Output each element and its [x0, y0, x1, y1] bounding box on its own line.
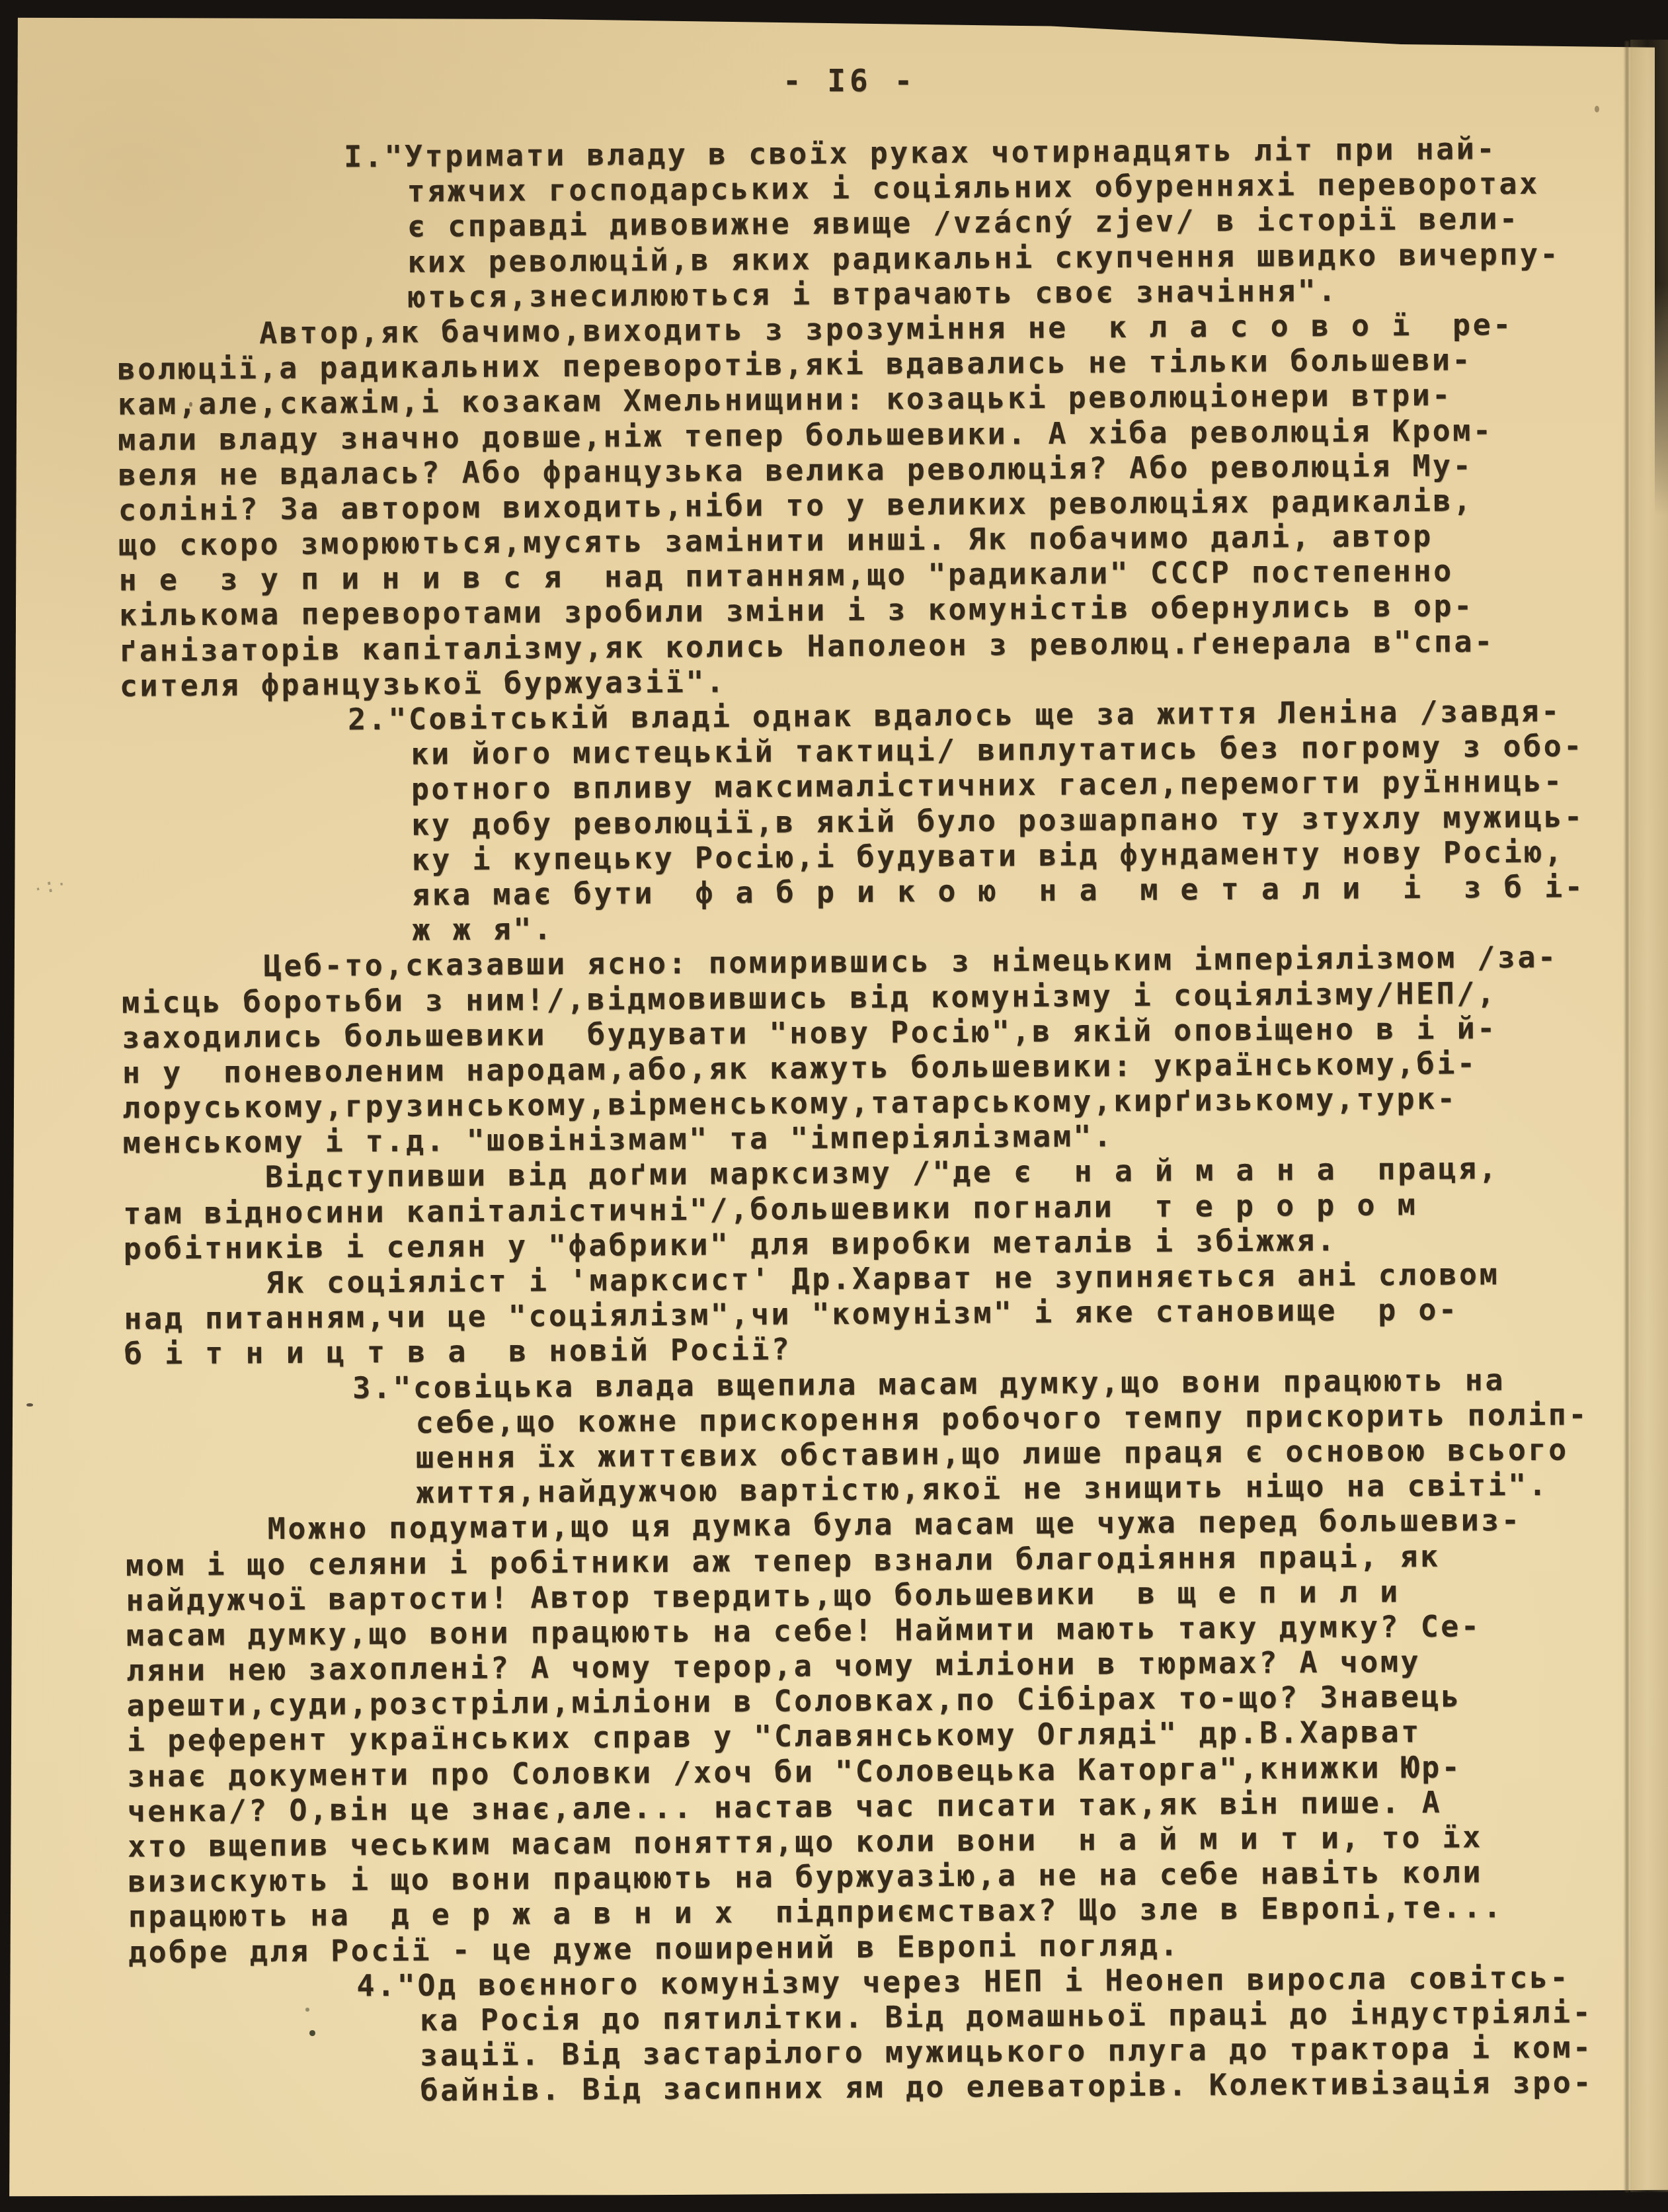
ink-speck: [305, 2008, 309, 2012]
ink-speck: [26, 1403, 33, 1407]
page-fold-shading: [1630, 40, 1668, 2192]
page-number: - І6 -: [116, 63, 1583, 99]
pencil-mark: ٠:٠: [30, 871, 69, 901]
ink-speck: [189, 402, 192, 407]
page-crease-line: [1624, 41, 1630, 2192]
scanned-page: - І6 - І."Утримати владу в своїх руках ч…: [0, 0, 1668, 2212]
ink-speck: [1595, 106, 1599, 112]
scan-edge-bottom: [0, 2190, 1668, 2212]
scan-edge-left: [0, 0, 18, 2212]
ink-speck: [309, 2030, 315, 2036]
text-body: І."Утримати владу в своїх руках чотирнад…: [116, 130, 1597, 2110]
scan-edge-top: [0, 0, 1668, 48]
